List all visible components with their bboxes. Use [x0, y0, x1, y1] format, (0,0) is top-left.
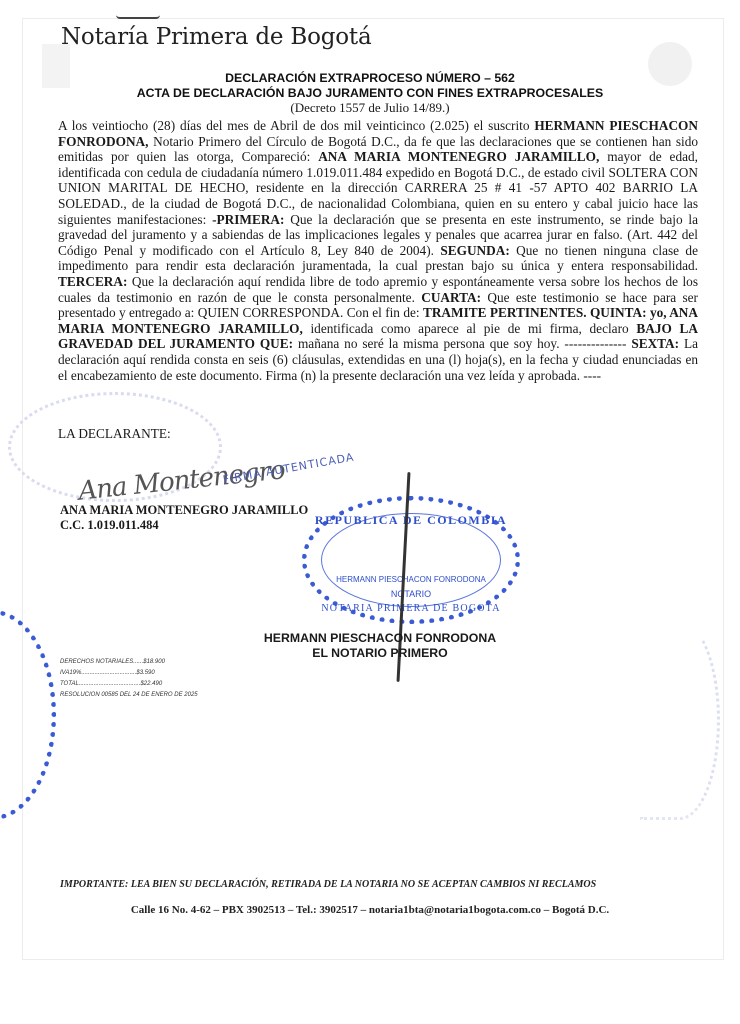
clause-sexta-label: SEXTA: [631, 336, 679, 351]
clause-primera-label: -PRIMERA: [212, 212, 284, 227]
declarant-name: ANA MARIA MONTENEGRO JARAMILLO [60, 503, 308, 518]
notary-name: HERMANN PIESCHACON FONRODONA [0, 631, 740, 645]
declarant-id: C.C. 1.019.011.484 [60, 518, 159, 533]
clause-tercera-label: TERCERA: [58, 274, 127, 289]
clause-cuarta-purpose: TRAMITE PERTINENTES. [423, 305, 587, 320]
declaration-number-heading: DECLARACIÓN EXTRAPROCESO NÚMERO – 562 [0, 71, 740, 85]
declaration-body: A los veintiocho (28) días del mes de Ab… [58, 118, 698, 383]
notary-seal: REPUBLICA DE COLOMBIA HERMANN PIESCHACON… [302, 496, 520, 624]
footer-address: Calle 16 No. 4-62 – PBX 3902513 – Tel.: … [0, 904, 740, 916]
clause-segunda-label: SEGUNDA: [440, 243, 509, 258]
seal-top-text: REPUBLICA DE COLOMBIA [307, 513, 515, 528]
seal-bottom-text: NOTARIA PRIMERA DE BOGOTA [307, 603, 515, 614]
important-notice: IMPORTANTE: LEA BIEN SU DECLARACIÓN, RET… [60, 879, 596, 890]
declarant-label: LA DECLARANTE: [58, 426, 171, 442]
fees-block: DERECHOS NOTARIALES......$18.900 IVA19%.… [60, 657, 198, 701]
clause-quinta-text2: mañana no seré la misma persona que soy … [293, 336, 626, 351]
fee-row: TOTAL...................................… [60, 679, 198, 690]
seal-notary-name: HERMANN PIESCHACON FONRODONA [307, 575, 515, 584]
intro-1: A los veintiocho (28) días del mes de Ab… [58, 118, 534, 133]
seal-role: NOTARIO [307, 589, 515, 599]
declarant-name-bold: ANA MARIA MONTENEGRO JARAMILLO, [318, 149, 599, 164]
notary-brand: Notaría Primera de Bogotá [61, 24, 372, 50]
fee-row: DERECHOS NOTARIALES......$18.900 [60, 657, 198, 668]
fee-resolution: RESOLUCION 00585 DEL 24 DE ENERO DE 2025 [60, 690, 198, 701]
pen-mark [116, 13, 160, 19]
clause-cuarta-label: CUARTA: [421, 290, 481, 305]
decree-reference: (Decreto 1557 de Julio 14/89.) [0, 100, 740, 116]
act-heading: ACTA DE DECLARACIÓN BAJO JURAMENTO CON F… [0, 86, 740, 100]
clause-quinta-text: identificada como aparece al pie de mi f… [303, 321, 637, 336]
fee-row: IVA19%.................................$… [60, 668, 198, 679]
